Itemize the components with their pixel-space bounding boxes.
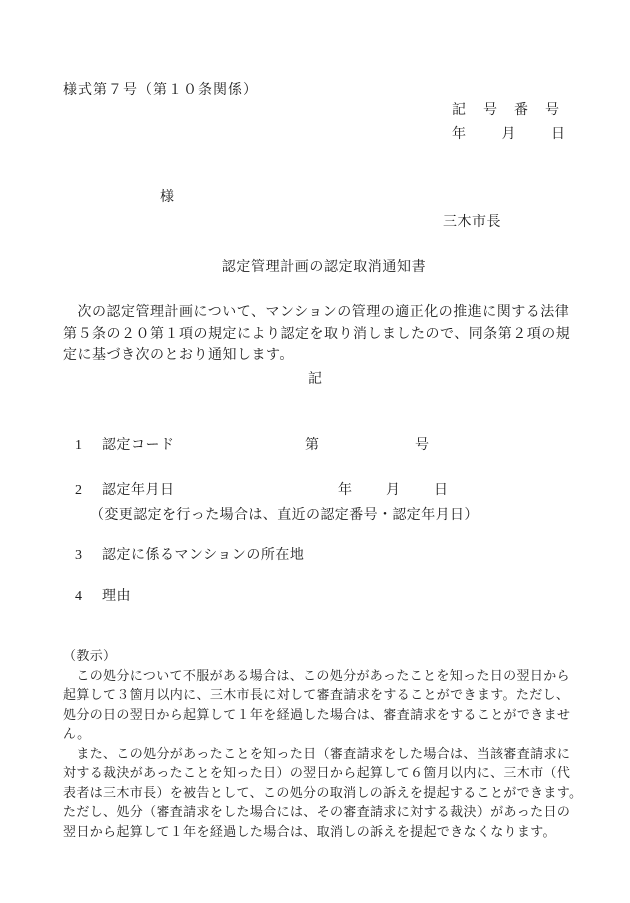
item-4-label: 理由 (102, 589, 131, 605)
item-2-label: 認定年月日 (102, 483, 175, 499)
item-2-note: （変更認定を行った場合は、直近の認定番号・認定年月日） (90, 504, 479, 524)
item-1-label: 認定コード (102, 438, 175, 454)
item-1-number: 1 (75, 438, 82, 454)
item-1-value-suffix: 号 (415, 438, 429, 454)
addressee-honorific: 様 (160, 190, 174, 207)
reference-number-line: 記 号 番 号 (452, 103, 561, 120)
item-2-number: 2 (75, 483, 82, 499)
item-4-number: 4 (75, 589, 82, 605)
item-3-number: 3 (75, 548, 82, 564)
instructions-heading: （教示） (63, 646, 583, 666)
item-row-mansion-location: 3 認定に係るマンションの所在地 (0, 548, 630, 568)
item-2-value: 年 月 日 (338, 483, 450, 499)
item-row-certification-date: 2 認定年月日 年 月 日 (0, 483, 630, 503)
instructions-paragraph-2: また、この処分があったことを知った日（審査請求をした場合は、当該審査請求に 対す… (63, 744, 583, 842)
sender-name: 三木市長 (443, 215, 501, 232)
form-number: 様式第７号（第１０条関係） (63, 83, 258, 100)
instructions-section: （教示） この処分について不服がある場合は、この処分があったことを知った日の翌日… (63, 646, 583, 841)
instructions-paragraph-1: この処分について不服がある場合は、この処分があったことを知った日の翌日から 起算… (63, 666, 583, 744)
body-paragraph: 次の認定管理計画について、マンションの管理の適正化の推進に関する法律 第５条の２… (63, 302, 575, 367)
record-marker: 記 (0, 368, 630, 388)
document-title: 認定管理計画の認定取消通知書 (0, 256, 630, 276)
item-1-value-prefix: 第 (305, 438, 319, 454)
item-row-reason: 4 理由 (0, 589, 630, 609)
document-page: 様式第７号（第１０条関係） 記 号 番 号 年 月 日 様 三木市長 認定管理計… (0, 0, 630, 903)
item-3-label: 認定に係るマンションの所在地 (102, 548, 304, 564)
date-line: 年 月 日 (452, 127, 568, 144)
item-row-certification-code: 1 認定コード 第 号 (0, 438, 630, 458)
